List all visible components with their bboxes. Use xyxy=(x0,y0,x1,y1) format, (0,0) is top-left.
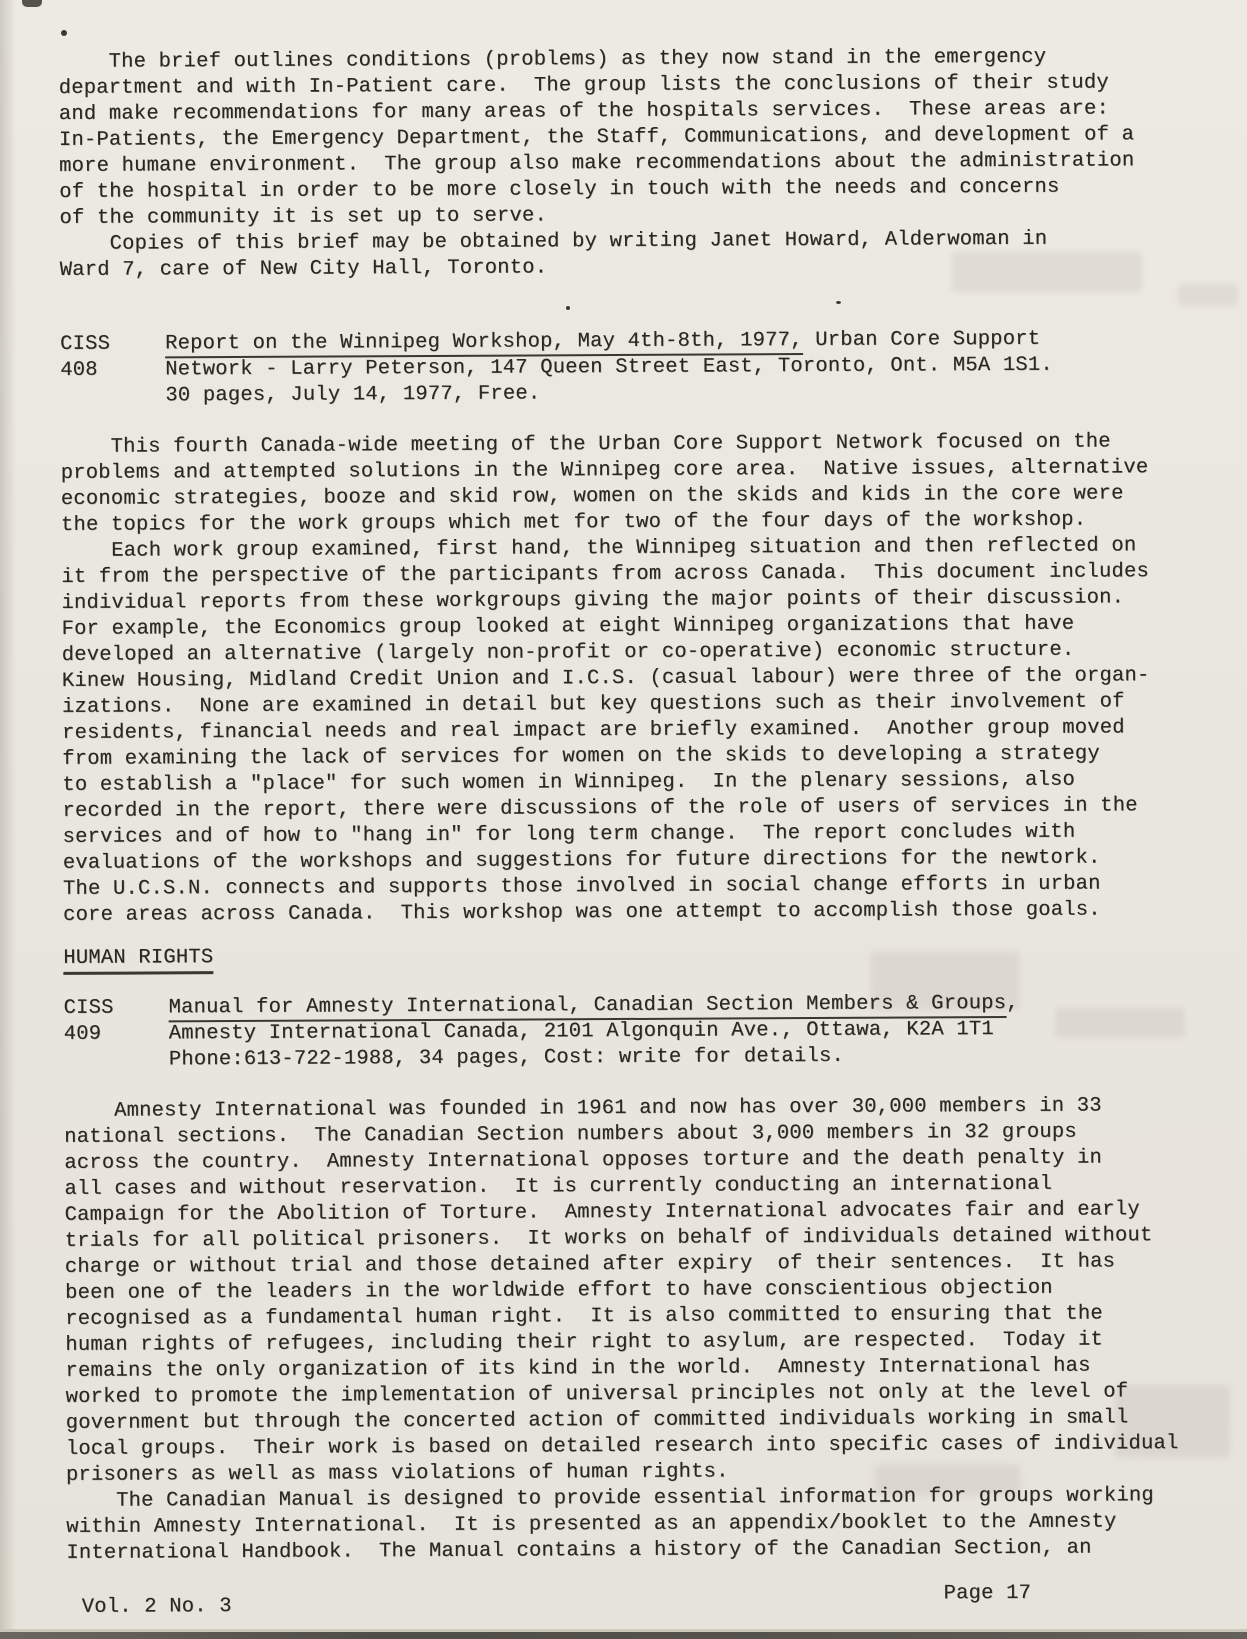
entry-409-catalog: CISS 409 xyxy=(63,995,168,1074)
section-heading-human-rights: HUMAN RIGHTS xyxy=(63,945,213,972)
intro-paragraph: The brief outlines conditions (problems)… xyxy=(59,44,1200,284)
entry-408-catalog-number: 408 xyxy=(60,359,98,382)
entry-408-catalog-label: CISS xyxy=(60,333,110,356)
entry-409-catalog-label: CISS xyxy=(63,997,113,1020)
footer-page-number: Page 17 xyxy=(944,1581,1032,1607)
entry-409-line2: Amnesty International Canada, 2101 Algon… xyxy=(169,1018,994,1045)
typewritten-content: The brief outlines conditions (problems)… xyxy=(0,0,1247,1639)
entry-409-line3: Phone:613-722-1988, 34 pages, Cost: writ… xyxy=(169,1045,844,1072)
entry-408-title-rest: Urban Core Support xyxy=(803,328,1041,352)
entry-409-catalog-number: 409 xyxy=(64,1023,102,1046)
entry-408-title: Report on the Winnipeg Workshop, May 4th… xyxy=(165,329,803,358)
scanned-document-page: The brief outlines conditions (problems)… xyxy=(0,0,1247,1639)
amnesty-paragraph: Amnesty International was founded in 196… xyxy=(64,1093,1216,1567)
entry-408-line2: Network - Larry Peterson, 147 Queen Stre… xyxy=(165,354,1053,382)
entry-409-body: Manual for Amnesty International, Canadi… xyxy=(168,990,1168,1073)
scan-bottom-edge xyxy=(0,1632,1247,1639)
entry-409-title-rest: , xyxy=(1006,992,1019,1015)
workshop-paragraph: This fourth Canada-wide meeting of the U… xyxy=(61,429,1204,929)
footer-volume: Vol. 2 No. 3 xyxy=(82,1594,232,1621)
entry-408-body: Report on the Winnipeg Workshop, May 4th… xyxy=(165,326,1165,409)
section-heading-text: HUMAN RIGHTS xyxy=(63,946,213,975)
entry-408-catalog: CISS 408 xyxy=(60,331,165,410)
entry-408-line3: 30 pages, July 14, 1977, Free. xyxy=(165,382,540,407)
